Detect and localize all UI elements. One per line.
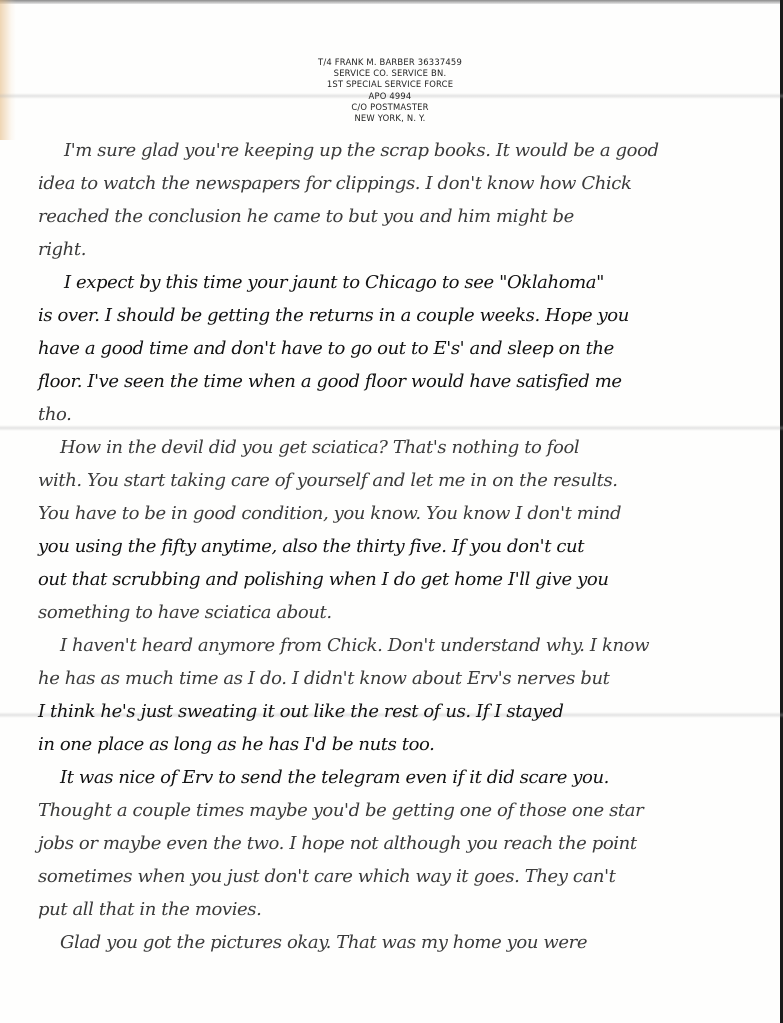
letter-line: I'm sure glad you're keeping up the scra… [64, 140, 659, 161]
paper-stain [0, 0, 16, 140]
letter-line: have a good time and don't have to go ou… [38, 338, 614, 359]
letter-line: idea to watch the newspapers for clippin… [38, 173, 631, 194]
paper-fold-crease [0, 425, 783, 431]
letter-line: in one place as long as he has I'd be nu… [38, 734, 435, 755]
letter-line: sometimes when you just don't care which… [38, 866, 615, 887]
letterhead-unit: SERVICE CO. SERVICE BN. [280, 68, 500, 79]
letter-line: reached the conclusion he came to but yo… [38, 206, 574, 227]
letter-line: you using the fifty anytime, also the th… [38, 536, 584, 557]
letter-line: jobs or maybe even the two. I hope not a… [38, 833, 637, 854]
letterhead-apo: APO 4994 [280, 91, 500, 102]
letterhead-force: 1ST SPECIAL SERVICE FORCE [280, 79, 500, 90]
letter-line: I haven't heard anymore from Chick. Don'… [60, 635, 649, 656]
letterhead-sender: T/4 FRANK M. BARBER 36337459 [280, 57, 500, 68]
letter-line: You have to be in good condition, you kn… [38, 503, 621, 524]
letter-line: Thought a couple times maybe you'd be ge… [38, 800, 643, 821]
paper-top-edge [0, 0, 783, 4]
letter-line: something to have sciatica about. [38, 602, 332, 623]
letter-line: It was nice of Erv to send the telegram … [60, 767, 609, 788]
letter-line: I think he's just sweating it out like t… [38, 701, 564, 722]
letter-line: Glad you got the pictures okay. That was… [60, 932, 587, 953]
letter-line: put all that in the movies. [38, 899, 261, 920]
letterhead-postmaster: C/O POSTMASTER [280, 102, 500, 113]
letterhead: T/4 FRANK M. BARBER 36337459 SERVICE CO.… [280, 57, 500, 124]
letter-line: tho. [38, 404, 71, 425]
letter-line: is over. I should be getting the returns… [38, 305, 629, 326]
letter-line: right. [38, 239, 86, 260]
letter-line: How in the devil did you get sciatica? T… [60, 437, 579, 458]
letterhead-city: NEW YORK, N. Y. [280, 113, 500, 124]
letter-line: with. You start taking care of yourself … [38, 470, 618, 491]
letter-line: I expect by this time your jaunt to Chic… [64, 272, 604, 293]
letter-page: T/4 FRANK M. BARBER 36337459 SERVICE CO.… [0, 0, 783, 1023]
letter-line: out that scrubbing and polishing when I … [38, 569, 609, 590]
letter-line: he has as much time as I do. I didn't kn… [38, 668, 609, 689]
letter-line: floor. I've seen the time when a good fl… [38, 371, 622, 392]
